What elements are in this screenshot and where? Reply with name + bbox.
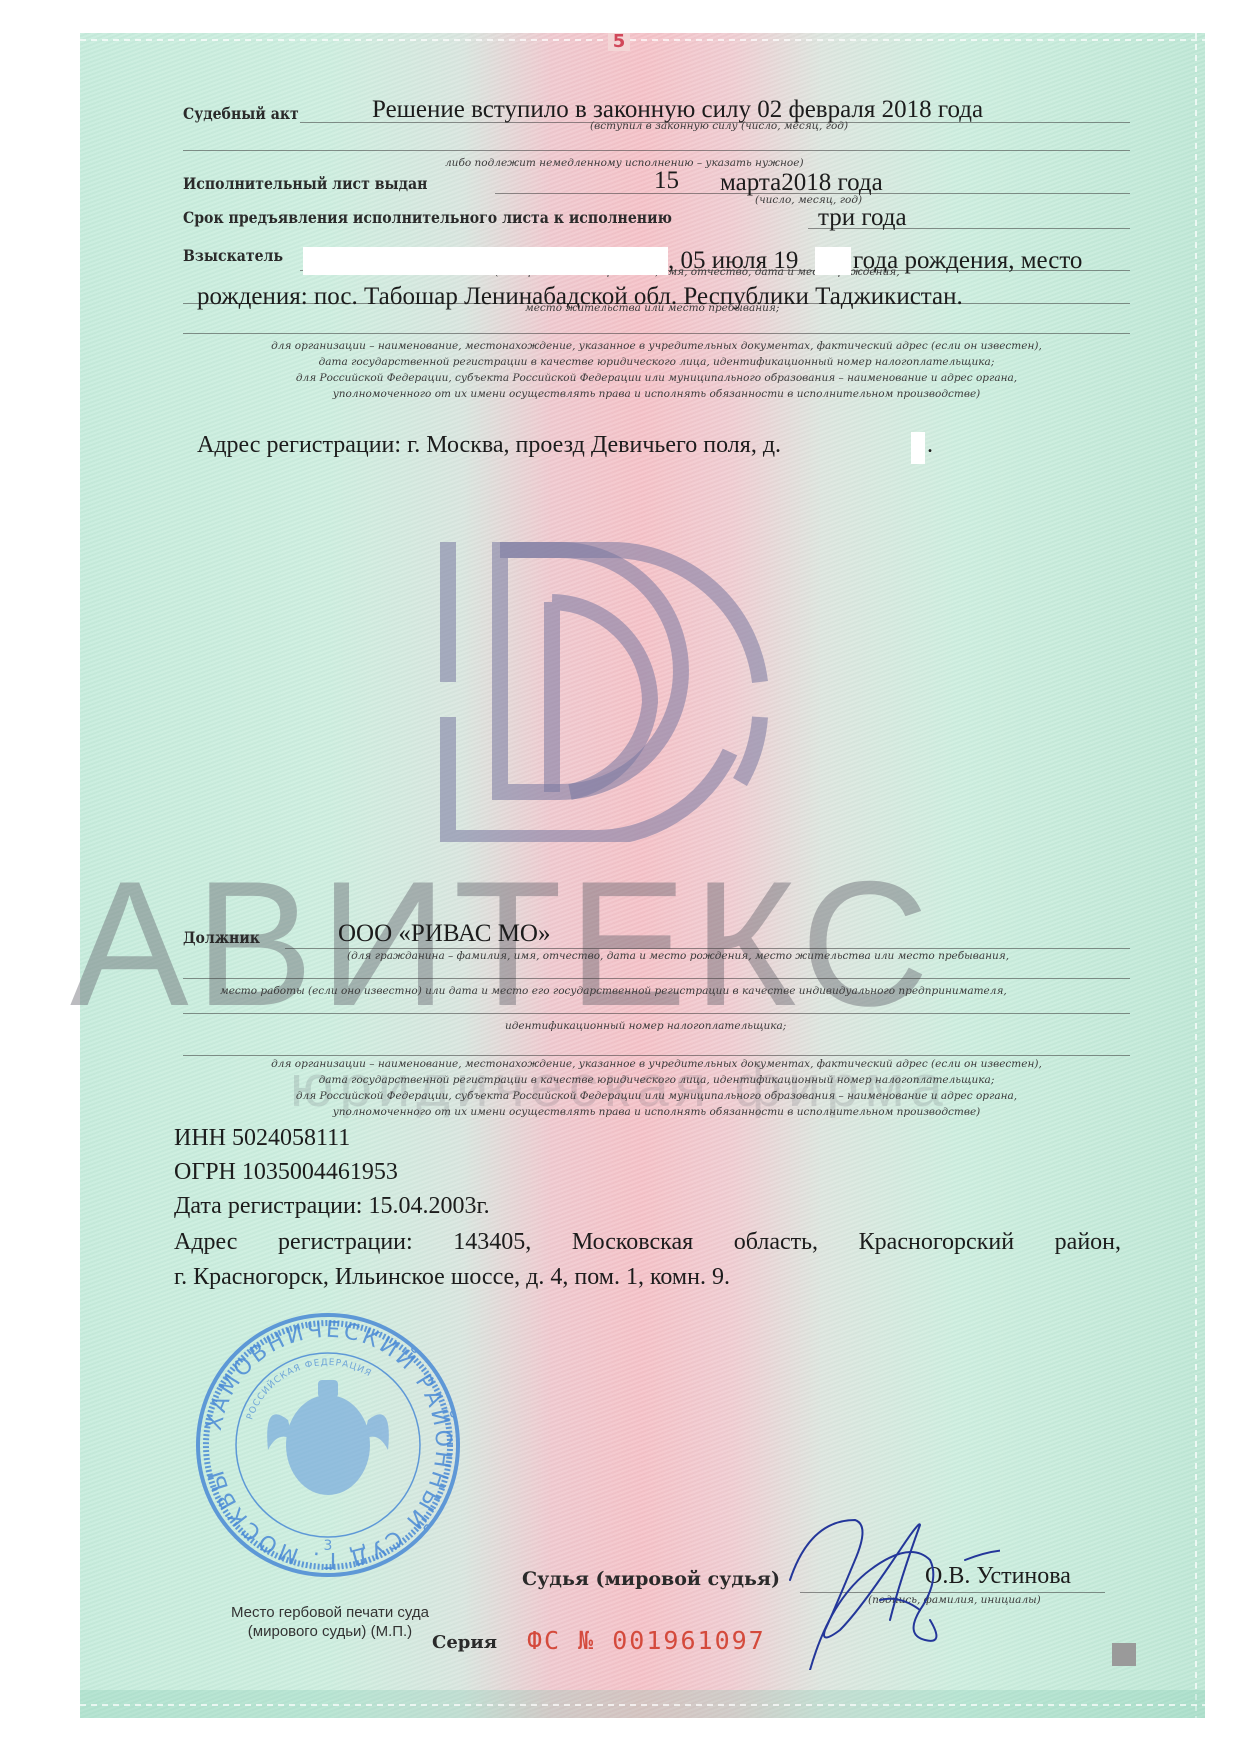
debtor-address-line-1: Адрес регистрации: 143405, Московская об… [174, 1229, 1121, 1256]
judge-label: Судья (мировой судья) [522, 1568, 780, 1590]
court-act-hint: (вступил в законную силу (число, месяц, … [590, 120, 848, 132]
debtor-address-line-2: г. Красногорск, Ильинское шоссе, д. 4, п… [174, 1264, 730, 1291]
stamp-caption: Место гербовой печати суда (мирового суд… [210, 1603, 450, 1641]
right-border [1195, 33, 1197, 1718]
debtor-ogrn: ОГРН 1035004461953 [174, 1159, 398, 1186]
debtor-hint-3: идентификационный номер налогоплательщик… [505, 1020, 786, 1032]
debtor-hint-2: место работы (если оно известно) или дат… [220, 985, 1007, 997]
top-border [80, 35, 1205, 45]
writ-issued-label: Исполнительный лист выдан [183, 174, 427, 193]
claimant-birth-place-start: года рождения, место [853, 247, 1082, 275]
signature-icon [770, 1480, 1000, 1670]
claimant-address: Адрес регистрации: г. Москва, проезд Дев… [197, 432, 781, 459]
debtor-inn: ИНН 5024058111 [174, 1125, 350, 1152]
bottom-border [80, 1700, 1205, 1710]
redacted-claimant-name [303, 247, 668, 275]
debtor-line-3 [183, 1013, 1130, 1014]
debtor-org-hint: для организации – наименование, местонах… [183, 1056, 1130, 1120]
double-d-logo-icon [440, 542, 780, 842]
debtor-name: ООО «РИВАС МО» [338, 920, 551, 948]
presentation-term-label: Срок предъявления исполнительного листа … [183, 208, 672, 227]
writ-issued-month-year: марта2018 года [720, 169, 883, 197]
claimant-label: Взыскатель [183, 246, 283, 265]
debtor-line-1 [285, 948, 1130, 949]
writ-issued-day: 15 [654, 167, 679, 195]
debtor-hint-1: (для гражданина – фамилия, имя, отчество… [347, 950, 1009, 962]
series-label: Серия [432, 1632, 497, 1653]
court-act-line-2 [183, 150, 1130, 151]
svg-text:3: 3 [324, 1538, 333, 1554]
court-seal-icon: ХАМОВНИЧЕСКИЙ РАЙОННЫЙ СУД Г. МОСКВЫ РОС… [193, 1310, 463, 1580]
claimant-hint-2: место жительства или место пребывания; [525, 302, 779, 314]
series-number: ФС № 001961097 [527, 1626, 766, 1655]
court-act-label: Судебный акт [183, 104, 299, 123]
debtor-registration-date: Дата регистрации: 15.04.2003г. [174, 1193, 490, 1220]
redacted-birth-year [815, 247, 851, 275]
page-number: 5 [608, 33, 630, 51]
debtor-line-2 [183, 978, 1130, 979]
claimant-birth-date: , 05 июля 19 [668, 247, 798, 275]
claimant-org-hint: для организации – наименование, местонах… [183, 338, 1130, 402]
presentation-term-value: три года [818, 204, 907, 232]
claimant-address-end: . [927, 432, 933, 459]
claimant-line-3 [183, 333, 1130, 334]
corner-marker [1112, 1643, 1136, 1666]
redacted-house-number [911, 432, 925, 464]
debtor-label: Должник [183, 928, 260, 947]
court-act-hint-2: либо подлежит немедленному исполнению – … [445, 157, 804, 169]
